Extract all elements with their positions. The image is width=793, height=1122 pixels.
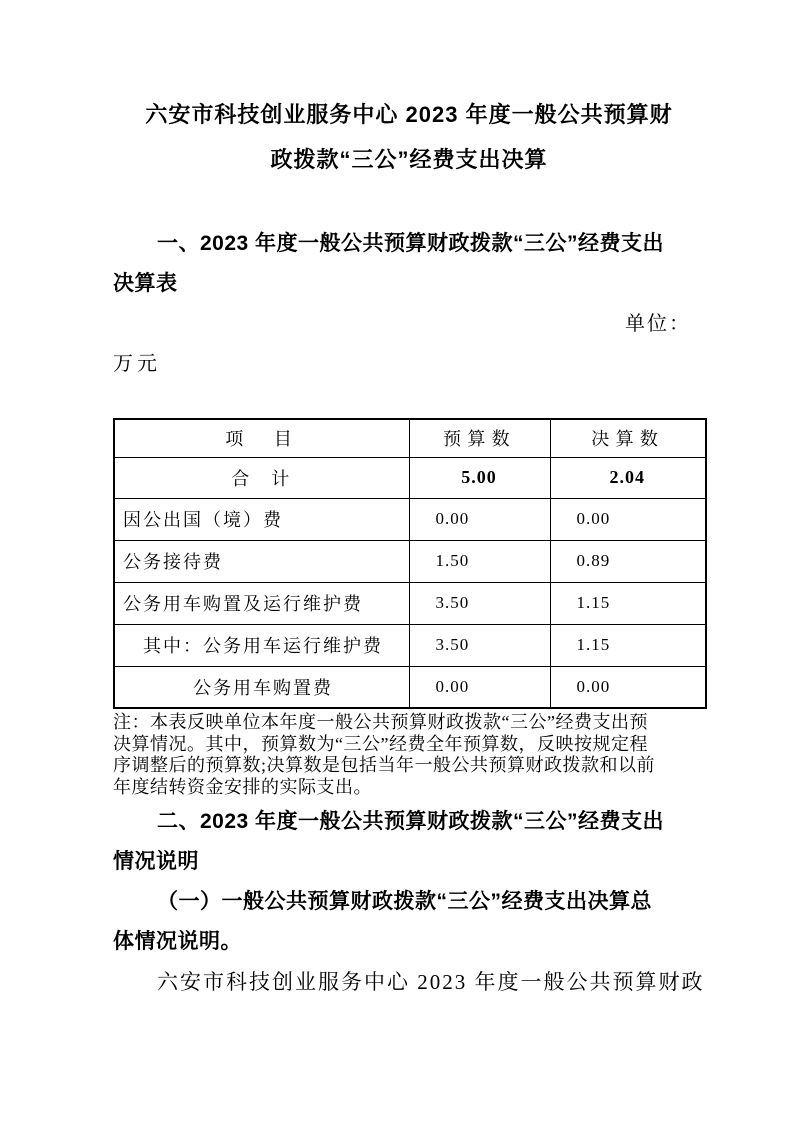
- section2-sub-heading-line-2: 体情况说明。: [113, 922, 705, 962]
- item-cell: 公务接待费: [114, 540, 409, 582]
- final-cell: 1.15: [550, 582, 706, 624]
- table-row-vehicle-maintenance: 其中：公务用车运行维护费 3.50 1.15: [114, 624, 706, 666]
- unit-label: 单位：: [113, 304, 705, 344]
- doc-title-line-2: 政拨款“三公”经费支出决算: [113, 137, 705, 182]
- final-cell: 0.00: [550, 666, 706, 708]
- total-final-cell: 2.04: [550, 457, 706, 498]
- doc-title-line-1: 六安市科技创业服务中心 2023 年度一般公共预算财: [113, 92, 705, 137]
- section2-sub-heading: （一）一般公共预算财政拨款“三公”经费支出决算总 体情况说明。: [113, 882, 705, 962]
- unit-value: 万元: [113, 344, 705, 384]
- section1-heading-line-2: 决算表: [113, 264, 705, 304]
- table-row-vehicle-total: 公务用车购置及运行维护费 3.50 1.15: [114, 582, 706, 624]
- table-total-row: 合 计 5.00 2.04: [114, 457, 706, 498]
- table-row-abroad: 因公出国（境）费 0.00 0.00: [114, 498, 706, 540]
- budget-cell: 1.50: [409, 540, 550, 582]
- item-cell: 其中：公务用车运行维护费: [114, 624, 409, 666]
- budget-cell: 0.00: [409, 498, 550, 540]
- section2-paragraph-line-1: 六安市科技创业服务中心 2023 年度一般公共预算财政: [113, 962, 705, 1002]
- section2-sub-heading-line-1: （一）一般公共预算财政拨款“三公”经费支出决算总: [113, 882, 705, 922]
- section2-heading-line-1: 二、2023 年度一般公共预算财政拨款“三公”经费支出: [113, 802, 705, 842]
- section2-heading: 二、2023 年度一般公共预算财政拨款“三公”经费支出 情况说明: [113, 802, 705, 882]
- table-row-reception: 公务接待费 1.50 0.89: [114, 540, 706, 582]
- final-cell: 0.89: [550, 540, 706, 582]
- santi-expense-table: 项 目 预算数 决算数 合 计 5.00 2.04 因公出国（境）费 0.00 …: [113, 418, 707, 709]
- budget-cell: 3.50: [409, 624, 550, 666]
- table-note-line-2: 决算情况。其中，预算数为“三公”经费全年预算数，反映按规定程: [113, 734, 705, 756]
- table-note-line-3: 序调整后的预算数;决算数是包括当年一般公共预算财政拨款和以前: [113, 755, 705, 777]
- section1-heading-line-1: 一、2023 年度一般公共预算财政拨款“三公”经费支出: [113, 224, 705, 264]
- budget-cell: 3.50: [409, 582, 550, 624]
- item-cell: 公务用车购置费: [114, 666, 409, 708]
- total-budget-cell: 5.00: [409, 457, 550, 498]
- document-page: 六安市科技创业服务中心 2023 年度一般公共预算财 政拨款“三公”经费支出决算…: [113, 0, 705, 1002]
- item-cell: 公务用车购置及运行维护费: [114, 582, 409, 624]
- section2-paragraph: 六安市科技创业服务中心 2023 年度一般公共预算财政: [113, 962, 705, 1002]
- section2-heading-line-2: 情况说明: [113, 842, 705, 882]
- budget-cell: 0.00: [409, 666, 550, 708]
- section1-heading: 一、2023 年度一般公共预算财政拨款“三公”经费支出 决算表: [113, 224, 705, 304]
- table-note-line-1: 注：本表反映单位本年度一般公共预算财政拨款“三公”经费支出预: [113, 712, 705, 734]
- table-header-row: 项 目 预算数 决算数: [114, 419, 706, 457]
- total-item-cell: 合 计: [114, 457, 409, 498]
- final-cell: 1.15: [550, 624, 706, 666]
- table-note: 注：本表反映单位本年度一般公共预算财政拨款“三公”经费支出预 决算情况。其中，预…: [113, 712, 705, 798]
- table-note-line-4: 年度结转资金安排的实际支出。: [113, 777, 705, 799]
- col-header-item: 项 目: [114, 419, 409, 457]
- col-header-final: 决算数: [550, 419, 706, 457]
- doc-title: 六安市科技创业服务中心 2023 年度一般公共预算财 政拨款“三公”经费支出决算: [113, 0, 705, 182]
- col-header-budget: 预算数: [409, 419, 550, 457]
- final-cell: 0.00: [550, 498, 706, 540]
- item-cell: 因公出国（境）费: [114, 498, 409, 540]
- table-row-vehicle-purchase: 公务用车购置费 0.00 0.00: [114, 666, 706, 708]
